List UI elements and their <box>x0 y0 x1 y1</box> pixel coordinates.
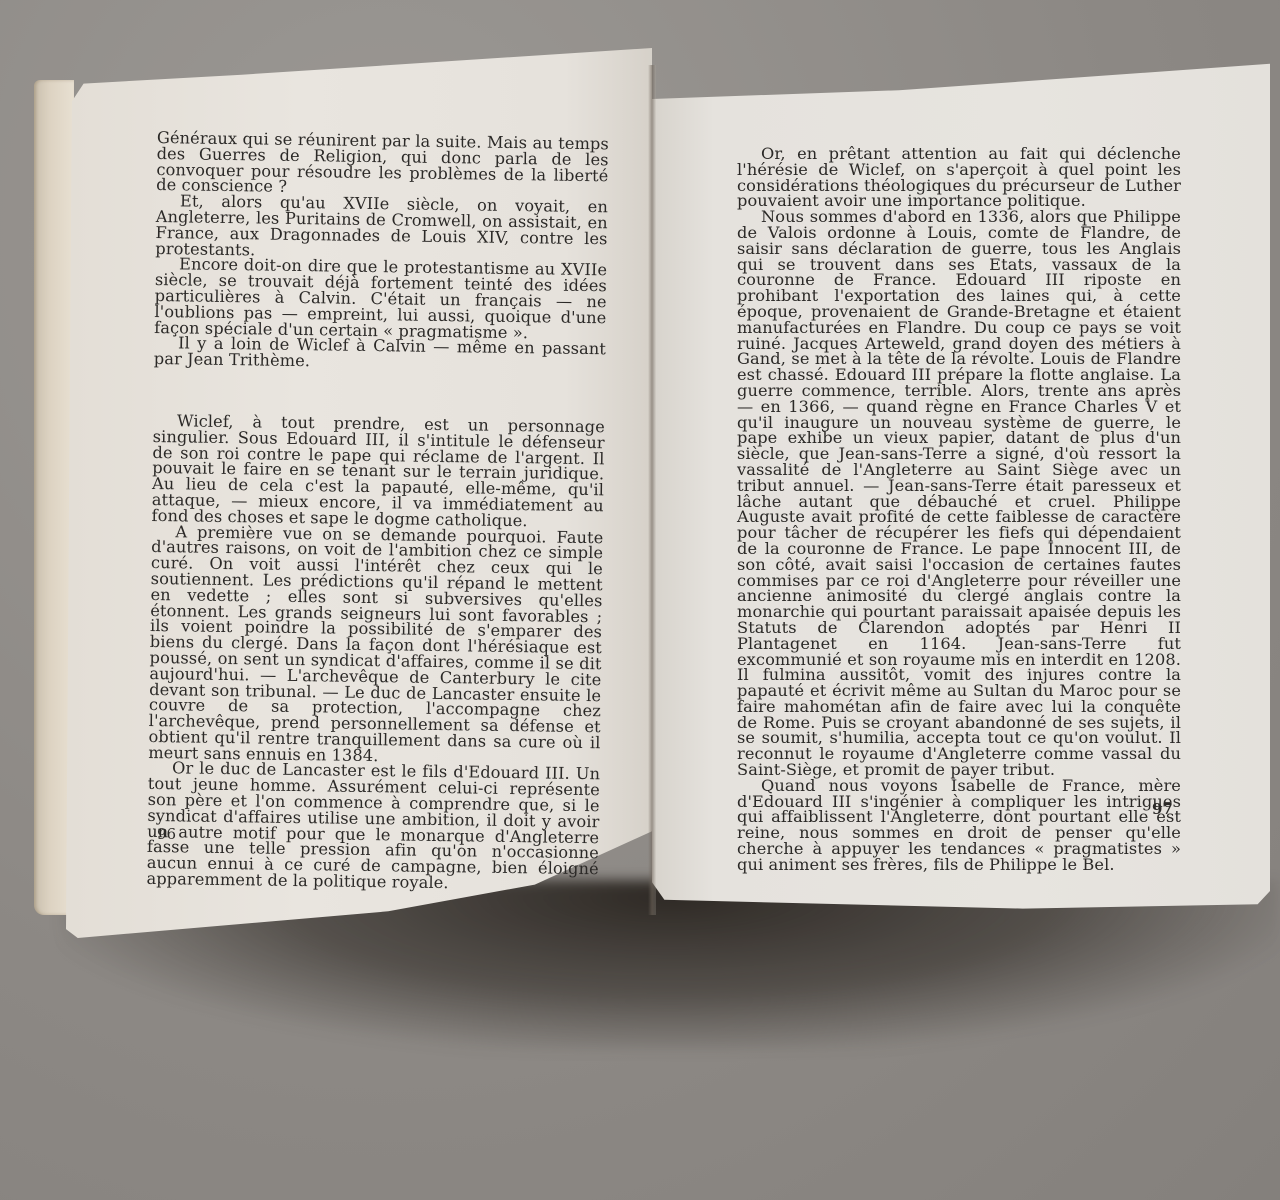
book-spine <box>648 65 656 915</box>
page-number-right: 97 <box>1152 800 1173 818</box>
paragraph: Il y a loin de Wiclef à Calvin — même en… <box>154 335 606 373</box>
paragraph: Et, alors qu'au XVIIe siècle, on voyait,… <box>155 193 608 262</box>
paragraph: Or, en prêtant attention au fait qui déc… <box>737 146 1181 209</box>
paragraph: Wiclef, à tout prendre, est un personnag… <box>152 413 605 530</box>
paragraph: Quand nous voyons Isabelle de France, mè… <box>737 778 1181 873</box>
paragraph: Or le duc de Lancaster est le fils d'Edo… <box>146 760 600 893</box>
paragraph: Nous sommes d'abord en 1336, alors que P… <box>737 209 1181 778</box>
page-number-left: 96 <box>157 825 176 843</box>
paragraph: A première vue on se demande pourquoi. F… <box>148 523 603 766</box>
paragraph: Encore doit-on dire que le protestantism… <box>154 256 607 341</box>
right-page-text: Or, en prêtant attention au fait qui déc… <box>737 146 1181 873</box>
left-page-text: Généraux qui se réunirent par la suite. … <box>146 130 609 893</box>
paragraph: Généraux qui se réunirent par la suite. … <box>156 130 609 199</box>
